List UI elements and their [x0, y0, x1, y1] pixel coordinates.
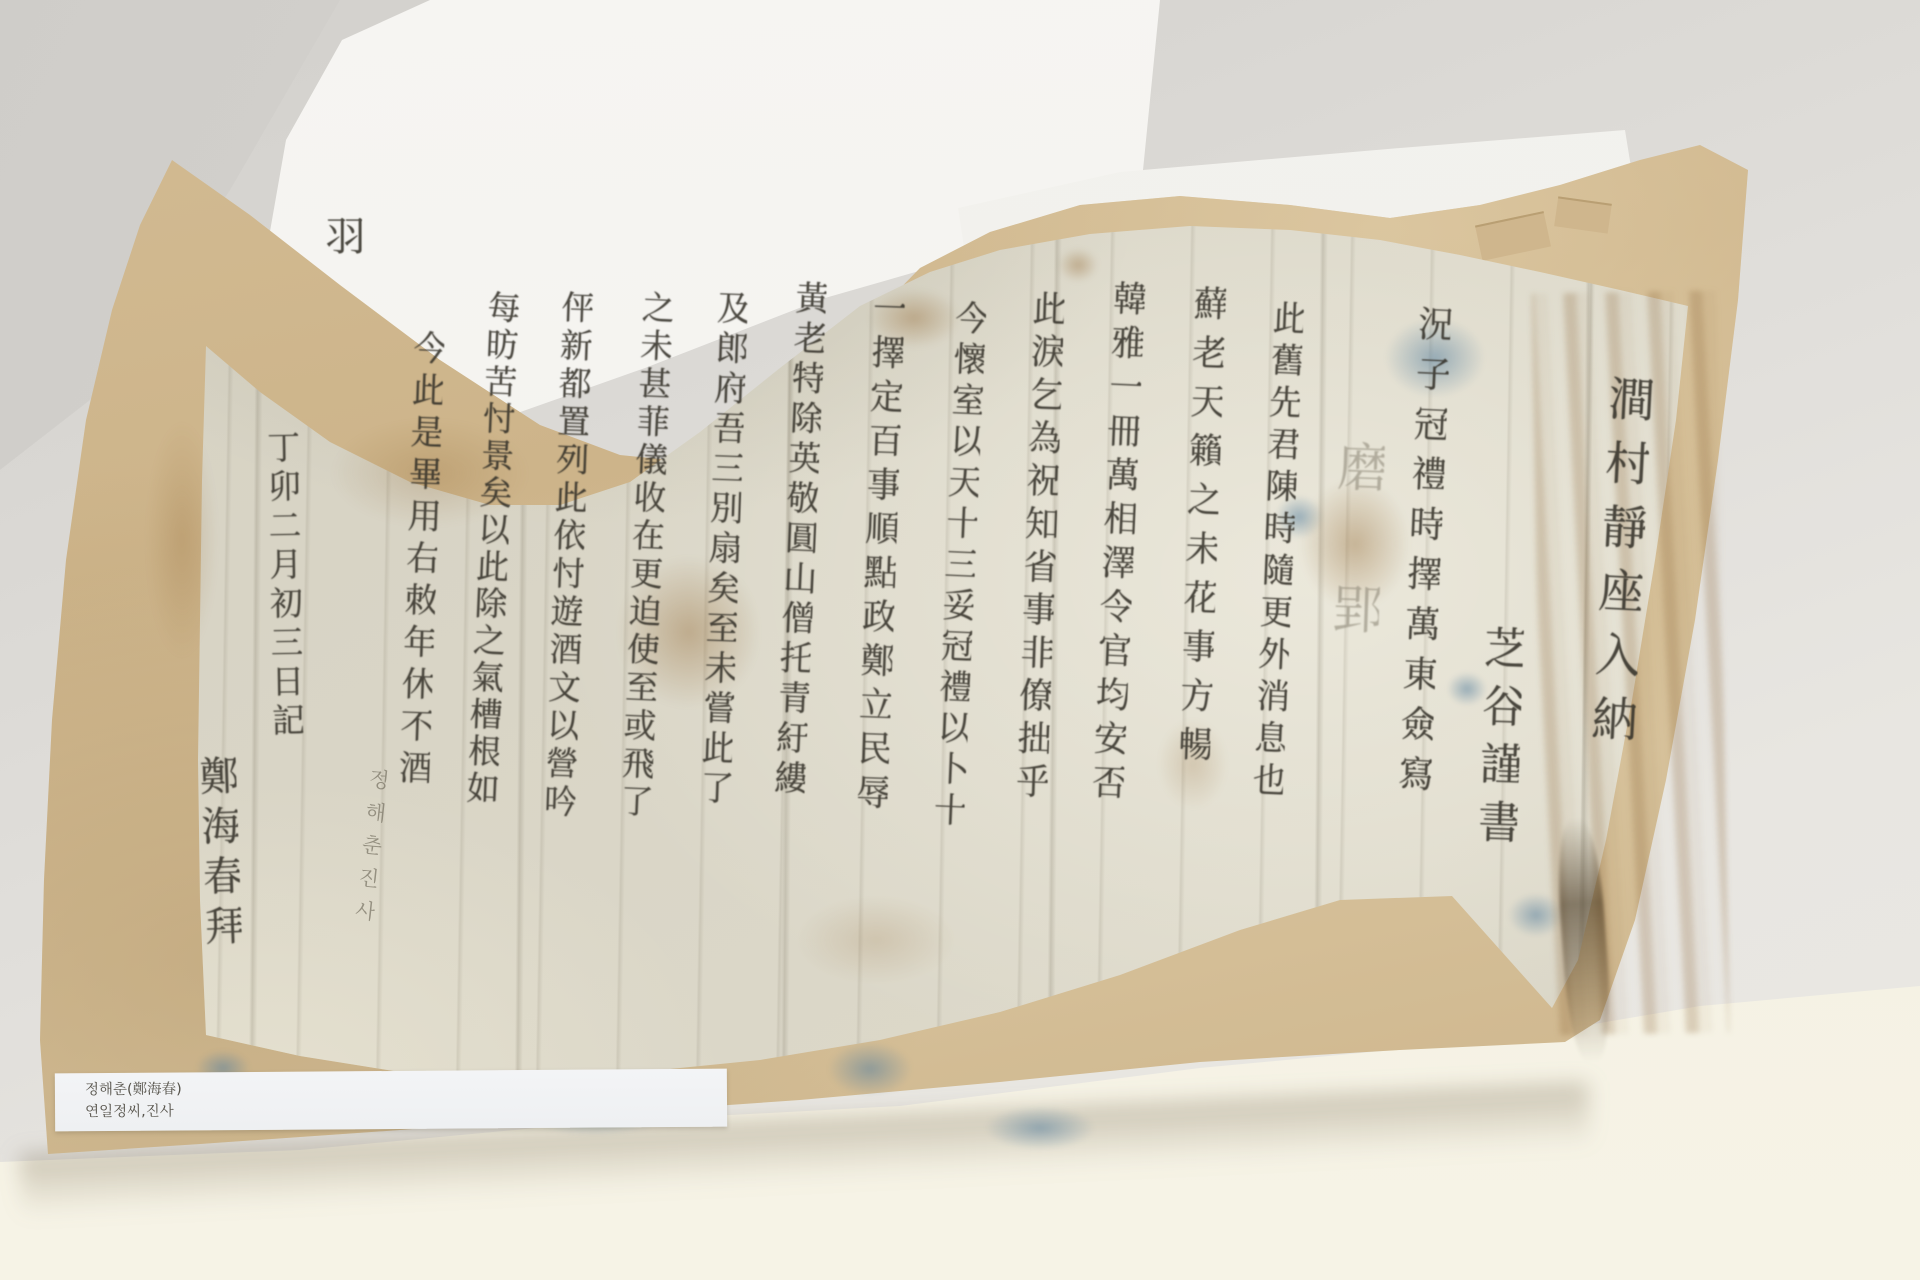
label-clan-line: 연일정씨,진사 — [85, 1097, 727, 1124]
catalog-label: 정해춘(鄭海春) 연일정씨,진사 — [55, 1069, 727, 1132]
photo-of-letter: 澗村靜座入納 芝谷謹書 況子冠禮時擇萬東僉寫 磨郢 此舊先君陳時隨更外消息也 蘚… — [0, 0, 1920, 1280]
text-column: 羽 — [322, 215, 362, 315]
date-column: 丁卯二月初三日記 — [265, 430, 304, 776]
